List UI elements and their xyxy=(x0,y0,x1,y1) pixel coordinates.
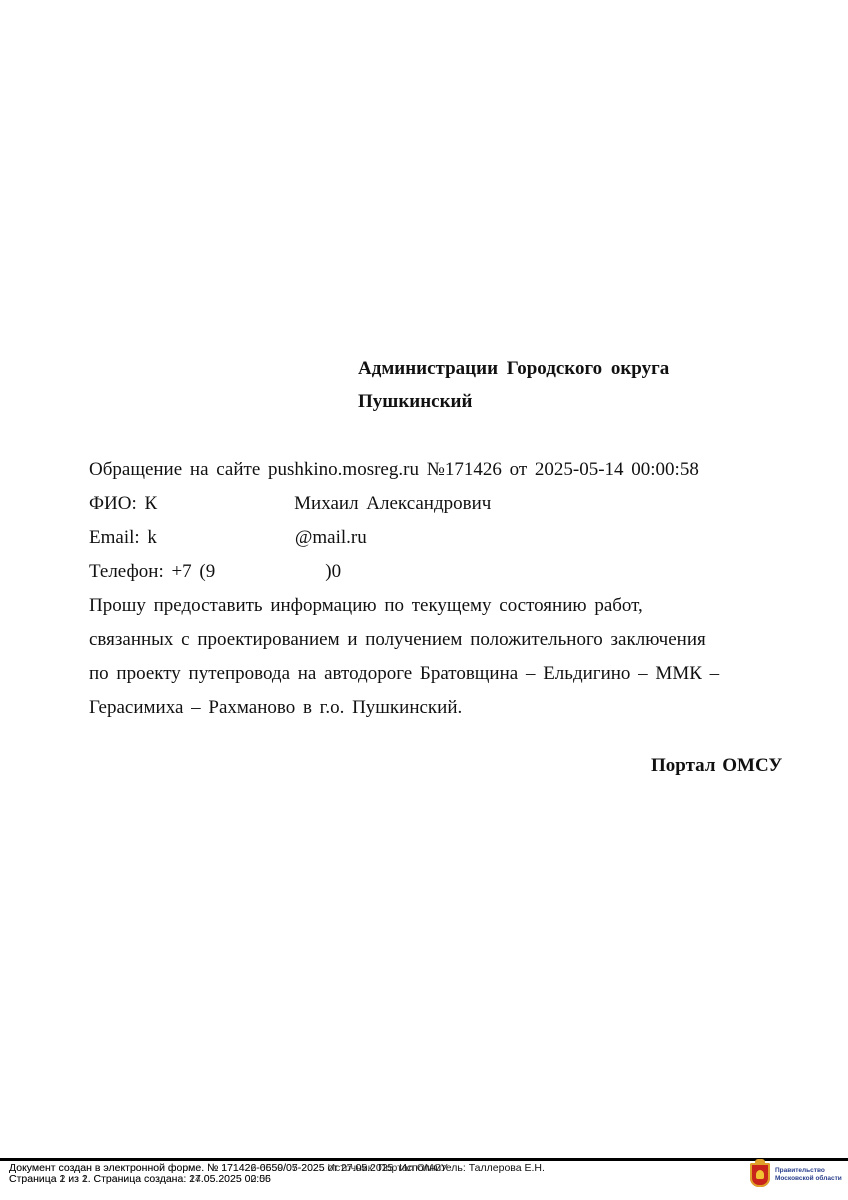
email-label: Email: k xyxy=(89,527,157,548)
logo-text-line-1: Правительство xyxy=(775,1167,842,1175)
fio-name: Михаил Александрович xyxy=(294,493,491,514)
signature: Портал ОМСУ xyxy=(651,755,782,777)
body-line: по проекту путепровода на автодороге Бра… xyxy=(89,657,809,691)
body-line: Прошу предоставить информацию по текущем… xyxy=(89,589,809,623)
fio-row: ФИО: КМихаил Александрович xyxy=(89,487,809,521)
request-body: Обращение на сайте pushkino.mosreg.ru №1… xyxy=(89,453,809,725)
request-header: Обращение на сайте pushkino.mosreg.ru №1… xyxy=(89,453,809,487)
footer-layer-b: Документ создан в электронной форме. № 1… xyxy=(9,1163,448,1185)
phone-row: Телефон: +7 (9)0 xyxy=(89,555,809,589)
footer-divider xyxy=(0,1158,848,1161)
fio-label: ФИО: К xyxy=(89,493,157,514)
body-line: связанных с проектированием и получением… xyxy=(89,623,809,657)
phone-label: Телефон: +7 (9 xyxy=(89,561,215,582)
addressee-line-2: Пушкинский xyxy=(358,385,669,418)
logo-text-line-2: Московской области xyxy=(775,1175,842,1183)
addressee-block: Администрации Городского округа Пушкинск… xyxy=(358,352,669,418)
email-row: Email: k@mail.ru xyxy=(89,521,809,555)
addressee-line-1: Администрации Городского округа xyxy=(358,352,669,385)
body-line: Герасимиха – Рахманово в г.о. Пушкинский… xyxy=(89,691,809,725)
government-logo: Правительство Московской области xyxy=(750,1163,842,1187)
coat-of-arms-icon xyxy=(750,1163,770,1187)
phone-tail: )0 xyxy=(325,561,341,582)
footer-line-2-overlay: Страница 1 из 1. Страница создана: 14.05… xyxy=(9,1174,448,1185)
email-domain: @mail.ru xyxy=(295,527,367,548)
